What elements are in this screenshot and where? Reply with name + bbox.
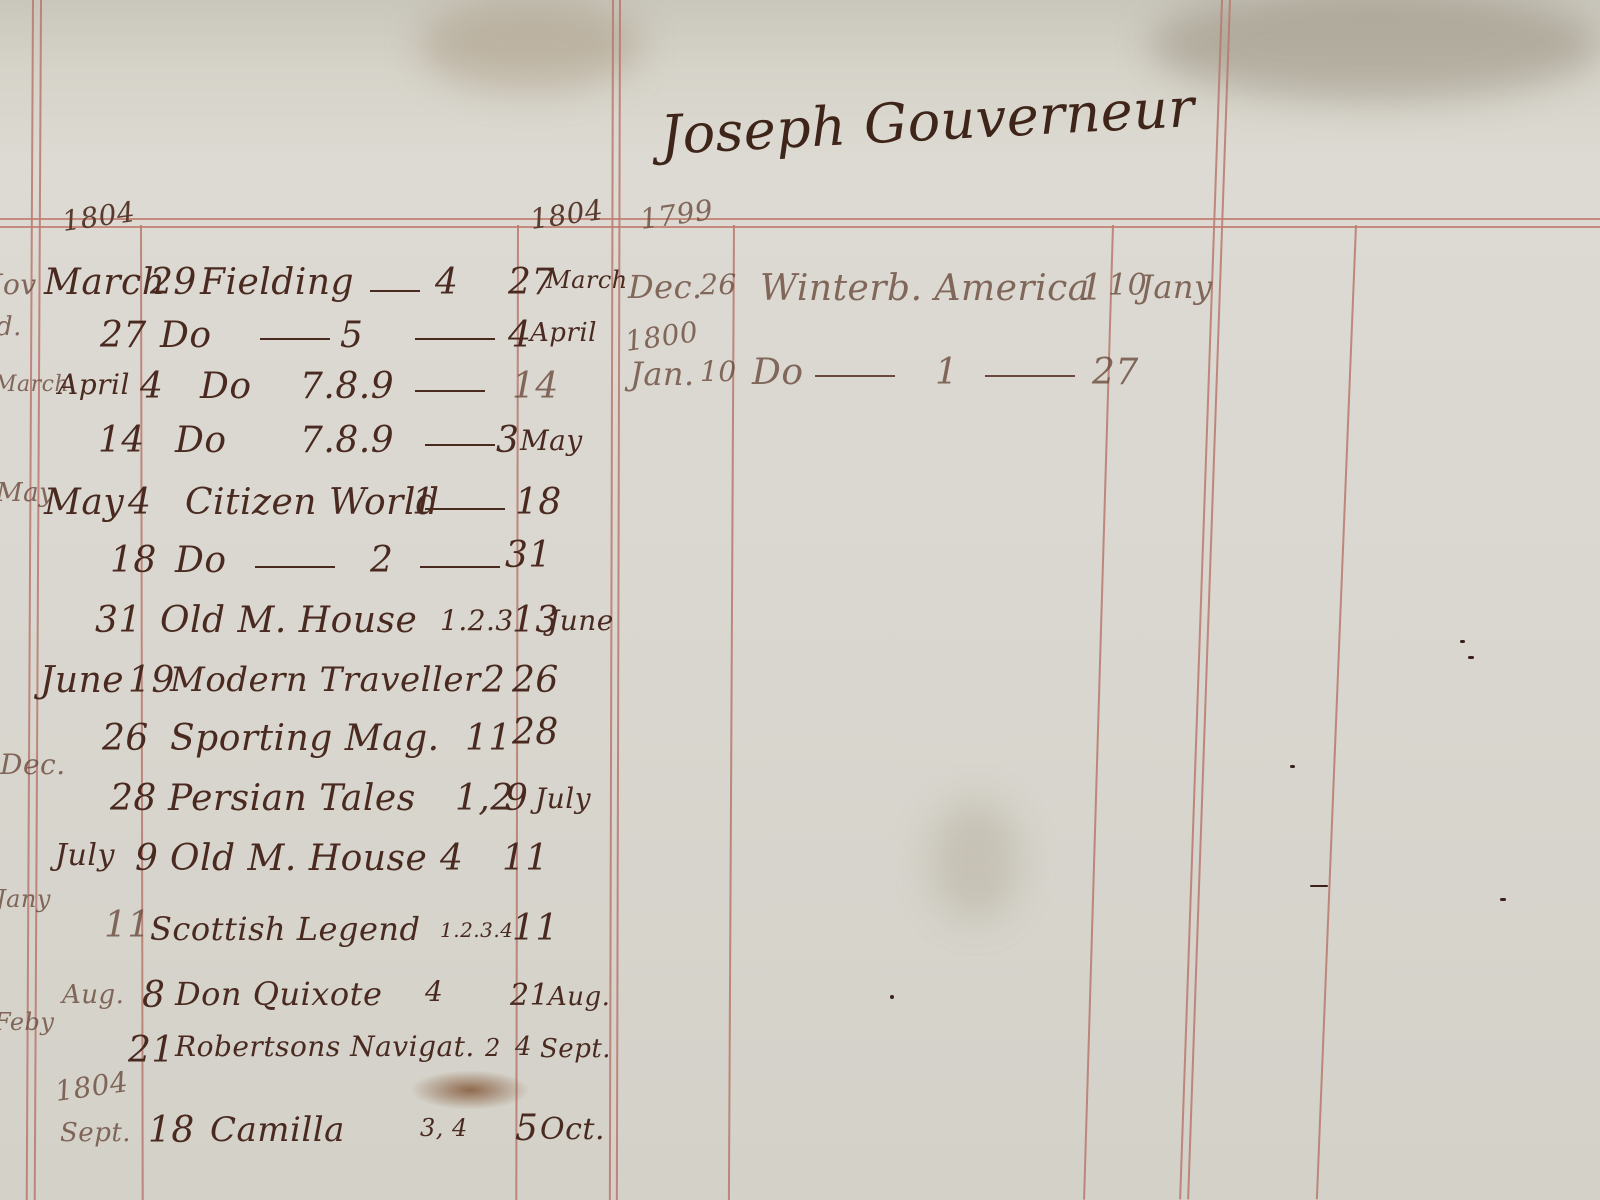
- entry-month: July: [55, 838, 115, 873]
- return-month: Oct.: [540, 1112, 605, 1147]
- entry-volumes: 7.8.9: [300, 420, 394, 461]
- dash-leader: [985, 375, 1075, 377]
- dash-leader: [370, 290, 420, 292]
- entry-volumes: 4: [440, 838, 463, 879]
- return-day: 11: [512, 908, 559, 949]
- ruling-line: [1316, 225, 1357, 1199]
- return-month: Sept.: [540, 1034, 611, 1064]
- margin-fragment: Nov: [0, 268, 37, 301]
- return-day: 5: [515, 1108, 538, 1149]
- entry-month: Dec.: [628, 268, 703, 306]
- entry-month: Sept.: [60, 1118, 131, 1148]
- entry-volumes: 4: [425, 975, 443, 1008]
- entry-volumes: 1: [412, 482, 435, 523]
- entry-volumes: 1: [1080, 268, 1103, 309]
- return-month: April: [530, 318, 597, 348]
- return-day: 31: [505, 535, 552, 576]
- return-day: 26: [512, 660, 559, 701]
- ruling-line: [0, 226, 1600, 228]
- entry-title: Persian Tales: [168, 778, 416, 819]
- ink-blot: [410, 1070, 530, 1110]
- entry-volumes: 7.8.9: [300, 366, 394, 407]
- entry-title: Sporting Mag.: [170, 718, 440, 759]
- return-month: March: [546, 266, 628, 294]
- dash-leader: [415, 390, 485, 392]
- ink-speck: [1500, 898, 1506, 901]
- entry-title: Fielding: [200, 262, 354, 303]
- dash-leader: [425, 508, 505, 510]
- dash-leader: [415, 338, 495, 340]
- entry-day: 11: [104, 905, 151, 946]
- ink-speck: [1310, 885, 1328, 887]
- entry-title: Do: [175, 540, 227, 581]
- year-label: 1800: [623, 315, 700, 358]
- dash-leader: [255, 566, 335, 568]
- ink-speck: [890, 995, 894, 999]
- entry-title: Do: [752, 352, 804, 393]
- dash-leader: [420, 566, 500, 568]
- entry-volumes: 4: [435, 262, 458, 303]
- entry-day: 27: [100, 315, 147, 356]
- entry-day: 18: [148, 1110, 195, 1151]
- return-day: 9: [505, 778, 528, 819]
- entry-title: Robertsons Navigat.: [175, 1030, 475, 1063]
- entry-day: 9: [135, 838, 158, 879]
- return-day: 4: [515, 1032, 532, 1062]
- entry-day: 4: [140, 366, 163, 407]
- margin-fragment: Dec.: [0, 748, 66, 781]
- entry-title: Camilla: [210, 1110, 345, 1150]
- margin-fragment: Feby: [0, 1008, 54, 1036]
- return-month: July: [535, 782, 591, 815]
- ruling-line: [0, 218, 1600, 220]
- entry-month: June: [40, 660, 124, 701]
- ink-speck: [1460, 640, 1465, 643]
- entry-day: 26: [700, 268, 737, 301]
- ink-speck: [1290, 765, 1295, 768]
- entry-volumes: 1: [935, 352, 958, 393]
- return-month: May: [520, 424, 583, 457]
- entry-day: 8: [142, 975, 165, 1016]
- return-day: 28: [512, 712, 559, 753]
- entry-day: 14: [98, 420, 145, 461]
- entry-day: 29: [150, 262, 197, 303]
- entry-volumes: 2: [485, 1034, 501, 1062]
- return-day: 27: [1092, 352, 1139, 393]
- entry-title: Citizen World: [185, 482, 439, 523]
- entry-title: Old M. House: [170, 838, 427, 879]
- entry-title: Don Quixote: [175, 975, 382, 1013]
- entry-month: Jan.: [630, 355, 695, 393]
- entry-title: Do: [175, 420, 227, 461]
- margin-fragment: Jany: [0, 885, 51, 913]
- dash-leader: [260, 338, 330, 340]
- entry-title: Do: [160, 315, 212, 356]
- entry-day: 4: [128, 482, 151, 523]
- entry-title: Do: [200, 366, 252, 407]
- entry-day: 10: [700, 355, 737, 388]
- return-day: 4: [508, 315, 531, 356]
- account-holder-name: Joseph Gouverneur: [659, 76, 1196, 167]
- entry-volumes: 2: [482, 660, 505, 701]
- year-label: 1804: [60, 195, 137, 238]
- ruling-line: [1179, 0, 1223, 1199]
- return-day: 11: [502, 838, 549, 879]
- dash-leader: [815, 375, 895, 377]
- entry-day: 19: [128, 660, 175, 701]
- ruling-line: [1187, 0, 1231, 1199]
- entry-volumes: 3, 4: [420, 1114, 468, 1142]
- entry-volumes: 11: [465, 718, 512, 759]
- dash-leader: [425, 444, 495, 446]
- entry-month: Aug.: [62, 980, 124, 1010]
- entry-day: 26: [102, 718, 149, 759]
- entry-month: May: [44, 482, 124, 523]
- entry-day: 21: [128, 1030, 175, 1071]
- entry-title: Winterb. America: [760, 268, 1090, 309]
- ruling-line: [609, 0, 614, 1200]
- return-month: Jany: [1140, 268, 1213, 306]
- year-label: 1804: [528, 193, 605, 236]
- entry-day: 28: [110, 778, 157, 819]
- return-day: 3: [496, 420, 519, 461]
- return-day: 14: [512, 366, 559, 407]
- entry-day: 18: [110, 540, 157, 581]
- year-label: 1799: [638, 193, 715, 236]
- entry-title: Modern Traveller: [170, 660, 481, 700]
- return-day: 18: [515, 482, 562, 523]
- entry-volumes: 5: [340, 315, 363, 356]
- entry-title: Scottish Legend: [150, 910, 420, 948]
- entry-volumes: 2: [370, 540, 393, 581]
- ledger-page: Joseph Gouverneur 1804 1804 1799 1800 No…: [0, 0, 1600, 1200]
- return-month: Aug.: [548, 982, 610, 1012]
- ruling-line: [616, 0, 621, 1200]
- margin-fragment: d.: [0, 312, 22, 342]
- entry-day: 31: [95, 600, 142, 641]
- entry-volumes: 1.2.3.4: [440, 918, 513, 942]
- entry-month: March: [44, 262, 165, 303]
- ink-speck: [1468, 656, 1474, 659]
- entry-volumes: 1.2.3: [440, 604, 514, 637]
- entry-title: Old M. House: [160, 600, 417, 641]
- paper-stain: [420, 0, 640, 90]
- return-day: 21: [510, 978, 549, 1013]
- entry-month: April: [58, 368, 130, 401]
- paper-stain: [930, 800, 1020, 920]
- return-month: June: [548, 604, 614, 637]
- margin-year: 1804: [53, 1065, 130, 1108]
